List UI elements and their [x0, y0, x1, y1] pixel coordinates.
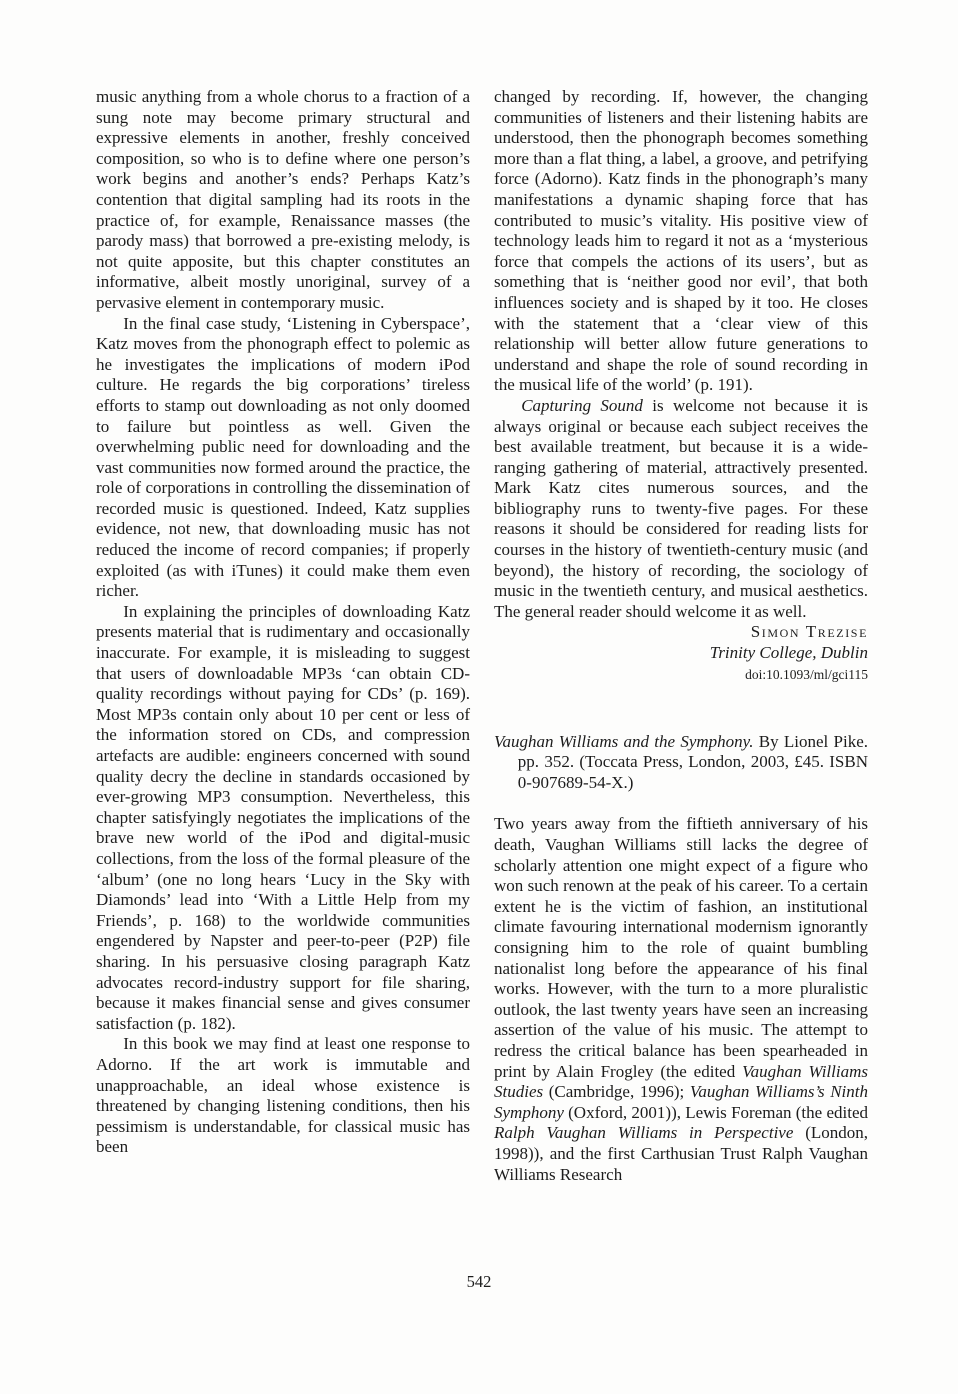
page-number: 542 [0, 1272, 958, 1292]
paragraph: Capturing Sound is welcome not because i… [494, 396, 868, 623]
text-run: (Cambridge, 1996); [543, 1082, 690, 1101]
reviewer-name: Simon Trezise [494, 622, 868, 643]
text-run: is welcome not because it is always orig… [494, 396, 868, 621]
review-2-text: Two years away from the fiftieth anniver… [494, 814, 868, 1185]
text-run: In this book we may find at least one re… [96, 1034, 470, 1156]
left-column: music anything from a whole chorus to a … [96, 87, 470, 1185]
book-heading: Vaughan Williams and the Symphony. By Li… [494, 732, 868, 794]
journal-page: music anything from a whole chorus to a … [0, 0, 958, 1394]
text-run: In the final case study, ‘Listening in C… [96, 314, 470, 601]
paragraph: changed by recording. If, however, the c… [494, 87, 868, 396]
reviewer-affiliation: Trinity College, Dublin [494, 643, 868, 664]
text-run: In explaining the principles of download… [96, 602, 470, 1033]
paragraph: In explaining the principles of download… [96, 602, 470, 1034]
paragraph: music anything from a whole chorus to a … [96, 87, 470, 314]
text-run: changed by recording. If, however, the c… [494, 87, 868, 394]
right-column: changed by recording. If, however, the c… [494, 87, 868, 1185]
italic-text-run: Vaughan Williams and the Symphony. [494, 732, 754, 751]
two-column-layout: music anything from a whole chorus to a … [96, 87, 868, 1185]
doi-line: doi:10.1093/ml/gci115 [494, 666, 868, 684]
paragraph: Two years away from the fiftieth anniver… [494, 814, 868, 1185]
signature-block: Simon Trezise Trinity College, Dublin do… [494, 622, 868, 683]
paragraph: In this book we may find at least one re… [96, 1034, 470, 1158]
italic-text-run: Ralph Vaughan Williams in Perspective [494, 1123, 793, 1142]
text-run: (Oxford, 2001)), Lewis Foreman (the edit… [564, 1103, 868, 1122]
text-run: Two years away from the fiftieth anniver… [494, 814, 868, 1080]
italic-text-run: Capturing Sound [521, 396, 643, 415]
review-1-text: changed by recording. If, however, the c… [494, 87, 868, 622]
text-run: music anything from a whole chorus to a … [96, 87, 470, 312]
paragraph: In the final case study, ‘Listening in C… [96, 314, 470, 602]
